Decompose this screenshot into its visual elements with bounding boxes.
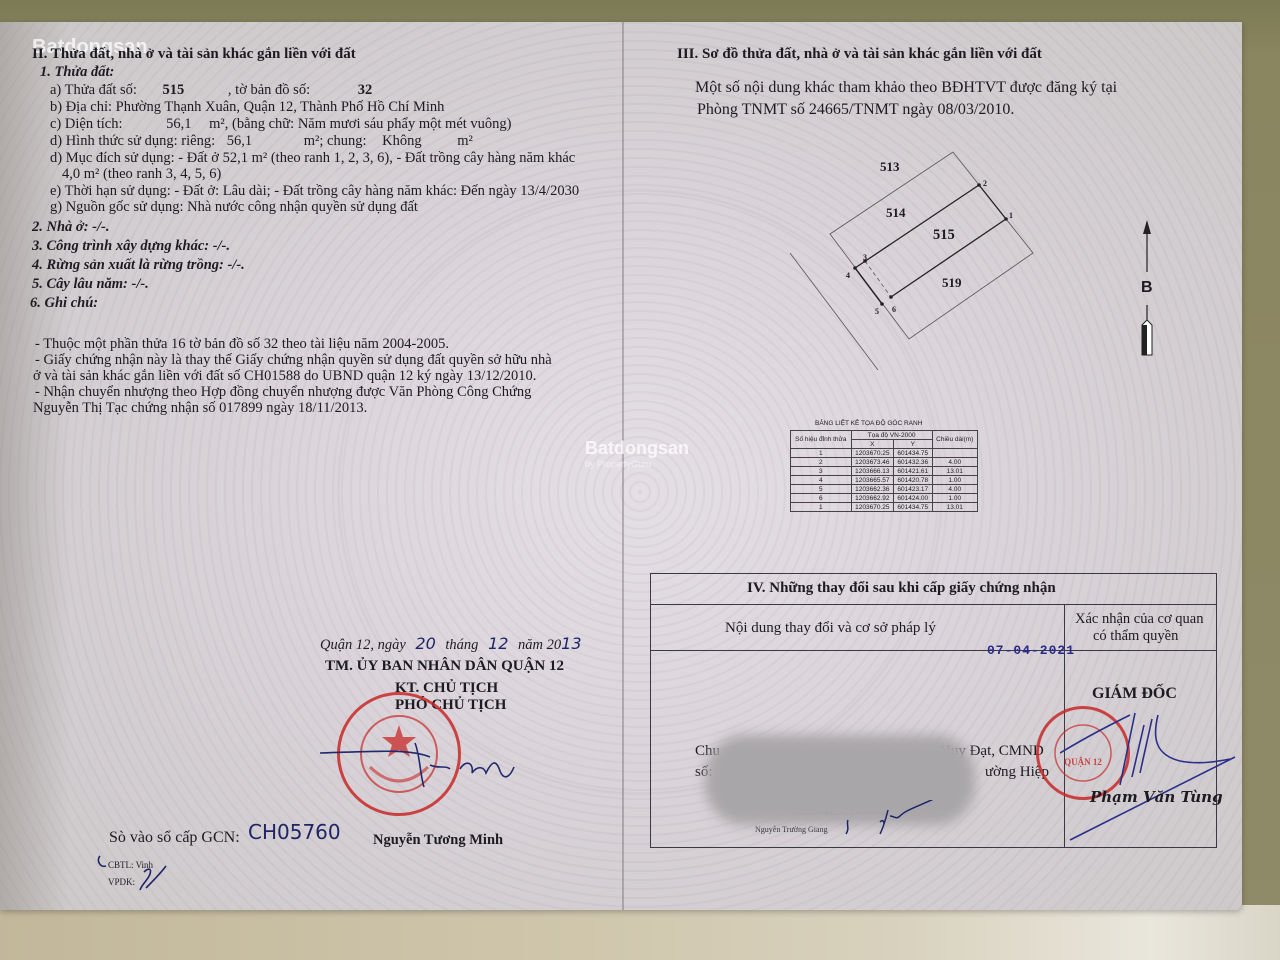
coord-cell-x: 1203662.36 [851,485,893,494]
area-line: c) Diện tích: 56,1 m², (bằng chữ: Năm mư… [50,116,512,132]
usage-form-label: d) Hình thức sử dụng: riêng: [50,133,215,149]
point-label-6: 6 [892,302,896,318]
s2-house: 2. Nhà ở: -/-. [32,219,109,235]
parcel-number: 515 [163,82,185,98]
changes-title: IV. Những thay đổi sau khi cấp giấy chứn… [747,580,1056,596]
point-label-1: 1 [1009,208,1013,224]
officer-signature [840,800,940,840]
coord-row: 41203665.57601420.781.00 [791,476,978,485]
coord-cell-point: 3 [791,467,852,476]
parcel-label-513: 513 [880,159,900,175]
coord-cell-x: 1203670.25 [851,503,893,512]
s3-construction: 3. Công trình xây dựng khác: -/-. [32,238,230,254]
coord-cell-y: 601423.17 [894,485,932,494]
coord-cell-point: 1 [791,449,852,458]
point-label-4: 4 [846,268,850,284]
col-y: Y [894,440,932,449]
parcel-label-514: 514 [886,205,906,221]
purpose-line-2: 4,0 m² (theo ranh 3, 4, 5, 6) [62,166,221,182]
usage-unit: m² [457,133,473,149]
col-point: Số hiệu đỉnh thửa [791,431,852,449]
col-x: X [851,440,893,449]
coord-cell-point: 5 [791,485,852,494]
coord-cell-length [932,449,978,458]
usage-private: 56,1 [227,133,252,149]
coord-row: 61203662.92601424.001.00 [791,494,978,503]
director-signature [1060,695,1240,845]
note-1: - Thuộc một phần thửa 16 tờ bản đồ số 32… [35,336,449,352]
table-surface [0,905,1280,960]
reference-line-2: Phòng TNMT số 24665/TNMT ngày 08/03/2010… [697,102,1014,118]
map-number: 32 [358,82,373,98]
coord-cell-x: 1203670.25 [851,449,893,458]
usage-mid: m²; chung: [304,133,367,149]
area-value: 56,1 [166,116,191,132]
coord-row: 31203666.13601421.6113.01 [791,467,978,476]
purpose-line-1: d) Mục đích sử dụng: - Đất ở 52,1 m² (th… [50,150,575,166]
north-label: B [1141,280,1153,296]
s5-perennial: 5. Cây lâu năm: -/-. [32,276,149,292]
director-name: Phạm Văn Tùng [1090,789,1223,805]
coord-cell-x: 1203673.46 [851,458,893,467]
point-label-5: 5 [875,304,879,320]
coord-cell-y: 601424.00 [894,494,932,503]
watermark-sub: by PropertyGuru [585,459,689,469]
coord-cell-y: 601434.75 [894,449,932,458]
coord-row: 21203673.46601432.364.00 [791,458,978,467]
date-year-label: năm 20 [518,637,561,653]
map-label: , tờ bản đồ số: [228,82,310,98]
changes-col-confirm-1: Xác nhận của cơ quan [1075,611,1203,627]
date-stamp: 07-04-2021 [987,643,1075,658]
point-label-2: 2 [983,176,987,192]
coord-cell-length: 4.00 [932,485,978,494]
register-label: Sò vào sổ cấp GCN: [109,830,240,846]
coord-cell-length: 4.00 [932,458,978,467]
changes-col-confirm-2: có thẩm quyền [1093,628,1178,644]
signer-name: Nguyễn Tương Minh [373,832,503,848]
coord-cell-point: 6 [791,494,852,503]
parcel-label-519: 519 [942,275,962,291]
usage-form-line: d) Hình thức sử dụng: riêng: 56,1 m²; ch… [50,133,473,149]
coord-row: 11203670.25601434.7513.01 [791,503,978,512]
date-prefix: Quận 12, ngày [320,637,406,653]
coord-cell-y: 601421.61 [894,467,932,476]
coord-cell-y: 601434.75 [894,503,932,512]
coord-cell-length: 13.01 [932,503,978,512]
parcel-label: a) Thửa đất số: [50,82,137,98]
parcel-line: a) Thửa đất số: 515 , tờ bản đồ số: 32 [50,82,372,98]
term-line: e) Thời hạn sử dụng: - Đất ở: Lâu dài; -… [50,183,579,199]
date-month: 12 [488,634,508,653]
coord-cell-x: 1203666.13 [851,467,893,476]
register-number: CH05760 [248,824,341,840]
reference-line-1: Một số nội dung khác tham khảo theo BĐHT… [695,80,1117,96]
section-ii-title: II. Thửa đất, nhà ở và tài sản khác gắn … [32,46,356,62]
date-day: 20 [415,634,435,653]
signature-left [320,735,540,795]
note-4: - Nhận chuyển nhượng theo Hợp đồng chuyể… [35,384,531,400]
initials-signature [94,850,174,900]
coord-cell-point: 1 [791,503,852,512]
s4-forest: 4. Rừng sản xuất là rừng trồng: -/-. [32,257,245,273]
note-5: Nguyễn Thị Tạc chứng nhận số 017899 ngày… [33,400,367,416]
watermark-brand: Batdongsan [585,438,689,458]
date-year: 13 [561,634,581,653]
col-length: Chiều dài(m) [932,431,978,449]
s1-title: 1. Thửa đất: [40,64,114,80]
coord-cell-y: 601432.36 [894,458,932,467]
watermark-logo-center: Batdongsan by PropertyGuru [585,438,689,469]
coordinate-table: Số hiệu đỉnh thửa Tọa độ VN-2000 Chiều d… [790,430,978,512]
address-line: b) Địa chỉ: Phường Thạnh Xuân, Quận 12, … [50,99,444,115]
point-label-3: 3 [863,250,867,266]
area-unit: m², (bằng chữ: Năm mươi sáu phẩy một mét… [209,116,511,132]
coord-row: 11203670.25601434.75 [791,449,978,458]
coord-cell-x: 1203665.57 [851,476,893,485]
coord-cell-point: 4 [791,476,852,485]
coord-row: 51203662.36601423.174.00 [791,485,978,494]
coord-cell-x: 1203662.92 [851,494,893,503]
coord-cell-y: 601420.78 [894,476,932,485]
coord-cell-length: 1.00 [932,476,978,485]
coord-cell-length: 1.00 [932,494,978,503]
section-iii-title: III. Sơ đồ thửa đất, nhà ở và tài sản kh… [677,46,1042,62]
origin-line: g) Nguồn gốc sử dụng: Nhà nước công nhận… [50,199,418,215]
changes-col-content: Nội dung thay đổi và cơ sở pháp lý [725,620,936,636]
usage-shared: Không [382,133,421,149]
note-2: - Giấy chứng nhận này là thay thế Giấy c… [35,352,552,368]
col-system: Tọa độ VN-2000 [851,431,932,440]
coord-table-title: BẢNG LIỆT KÊ TỌA ĐỘ GÓC RANH [815,420,922,427]
authority-title: TM. ỦY BAN NHÂN DÂN QUẬN 12 [325,658,564,674]
parcel-label-515: 515 [933,227,955,243]
date-month-label: tháng [445,637,478,653]
coord-cell-point: 2 [791,458,852,467]
coord-cell-length: 13.01 [932,467,978,476]
area-label: c) Diện tích: [50,116,122,132]
note-3: ở và tài sản khác gắn liền với đất số CH… [33,368,536,384]
issue-date: Quận 12, ngày 20 tháng 12 năm 2013 [320,636,582,653]
s6-notes-title: 6. Ghi chú: [30,295,98,311]
